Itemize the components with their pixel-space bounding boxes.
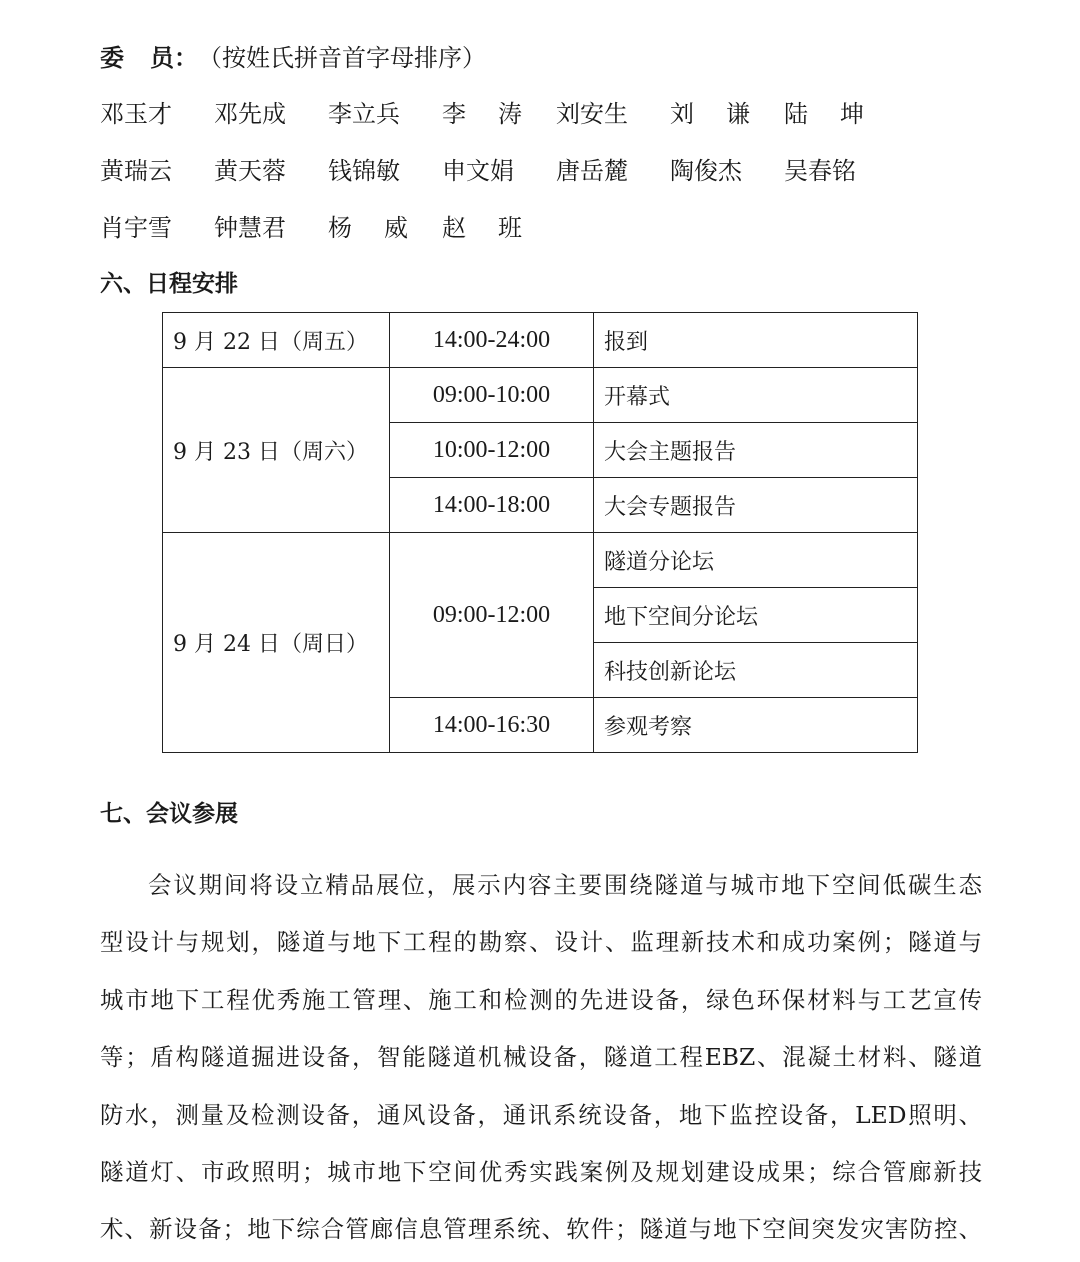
event-cell: 报到	[594, 313, 918, 368]
name-part: 坤	[840, 94, 864, 134]
name-part: 赵	[442, 208, 466, 248]
paragraph-line: 型设计与规划，隧道与地下工程的勘察、设计、监理新技术和成功案例；隧道与	[100, 914, 982, 971]
time-cell: 14:00-18:00	[390, 478, 594, 533]
event-cell: 大会专题报告	[594, 478, 918, 533]
time-cell: 10:00-12:00	[390, 423, 594, 478]
paragraph-line: 等；盾构隧道掘进设备，智能隧道机械设备，隧道工程EBZ、混凝土材料、隧道	[100, 1029, 982, 1086]
committee-member: 刘安生	[556, 94, 636, 134]
name-part: 谦	[726, 94, 750, 134]
paragraph-line: 城市地下工程优秀施工管理、施工和检测的先进设备，绿色环保材料与工艺宣传	[100, 972, 982, 1029]
committee-member: 黄瑞云	[100, 151, 180, 191]
name-part: 班	[498, 208, 522, 248]
committee-label: 委员：	[100, 44, 198, 72]
committee-member: 吴春铭	[784, 151, 864, 191]
committee-member: 钟慧君	[214, 208, 294, 248]
committee-member: 邓先成	[214, 94, 294, 134]
name-part: 杨	[328, 208, 352, 248]
paragraph-line: 术、新设备；地下综合管廊信息管理系统、软件；隧道与地下空间突发灾害防控、	[100, 1201, 982, 1258]
event-cell: 参观考察	[594, 698, 918, 753]
date-cell: 9 月 23 日（周六）	[163, 368, 390, 533]
committee-member: 陶俊杰	[670, 151, 750, 191]
committee-member: 钱锦敏	[328, 151, 408, 191]
time-cell: 09:00-10:00	[390, 368, 594, 423]
committee-member: 肖宇雪	[100, 208, 180, 248]
name-part: 陆	[784, 94, 808, 134]
committee-sort-note: （按姓氏拼音首字母排序）	[210, 44, 486, 72]
time-cell: 14:00-16:30	[390, 698, 594, 753]
paragraph-line: 防水，测量及检测设备，通风设备，通讯系统设备，地下监控设备，LED照明、	[100, 1087, 982, 1144]
name-part: 涛	[498, 94, 522, 134]
event-cell: 科技创新论坛	[594, 643, 918, 698]
event-cell: 地下空间分论坛	[594, 588, 918, 643]
paragraph-line: 会议期间将设立精品展位，展示内容主要围绕隧道与城市地下空间低碳生态	[100, 857, 982, 914]
committee-member: 李立兵	[328, 94, 408, 134]
time-cell: 09:00-12:00	[390, 533, 594, 698]
committee-member: 申文娟	[442, 151, 522, 191]
committee-member: 邓玉才	[100, 94, 180, 134]
committee-heading: 委员：（按姓氏拼音首字母排序）	[100, 38, 486, 78]
date-cell: 9 月 24 日（周日）	[163, 533, 390, 753]
time-cell: 14:00-24:00	[390, 313, 594, 368]
event-cell: 开幕式	[594, 368, 918, 423]
table-row: 9 月 24 日（周日） 09:00-12:00 隧道分论坛	[163, 533, 918, 588]
committee-member: 杨威	[328, 208, 408, 248]
table-row: 9 月 23 日（周六） 09:00-10:00 开幕式	[163, 368, 918, 423]
exhibition-paragraph: 会议期间将设立精品展位，展示内容主要围绕隧道与城市地下空间低碳生态 型设计与规划…	[100, 857, 982, 1259]
schedule-table: 9 月 22 日（周五） 14:00-24:00 报到 9 月 23 日（周六）…	[162, 312, 918, 753]
paragraph-line: 隧道灯、市政照明；城市地下空间优秀实践案例及规划建设成果；综合管廊新技	[100, 1144, 982, 1201]
committee-member: 黄天蓉	[214, 151, 294, 191]
committee-member: 刘谦	[670, 94, 750, 134]
committee-member: 赵班	[442, 208, 522, 248]
name-part: 威	[384, 208, 408, 248]
name-part: 刘	[670, 94, 694, 134]
committee-member: 陆坤	[784, 94, 864, 134]
event-cell: 大会主题报告	[594, 423, 918, 478]
committee-member: 唐岳麓	[556, 151, 636, 191]
date-cell: 9 月 22 日（周五）	[163, 313, 390, 368]
table-row: 9 月 22 日（周五） 14:00-24:00 报到	[163, 313, 918, 368]
committee-member: 李涛	[442, 94, 522, 134]
schedule-heading: 六、日程安排	[100, 264, 238, 304]
event-cell: 隧道分论坛	[594, 533, 918, 588]
name-part: 李	[442, 94, 466, 134]
exhibition-heading: 七、会议参展	[100, 794, 238, 834]
